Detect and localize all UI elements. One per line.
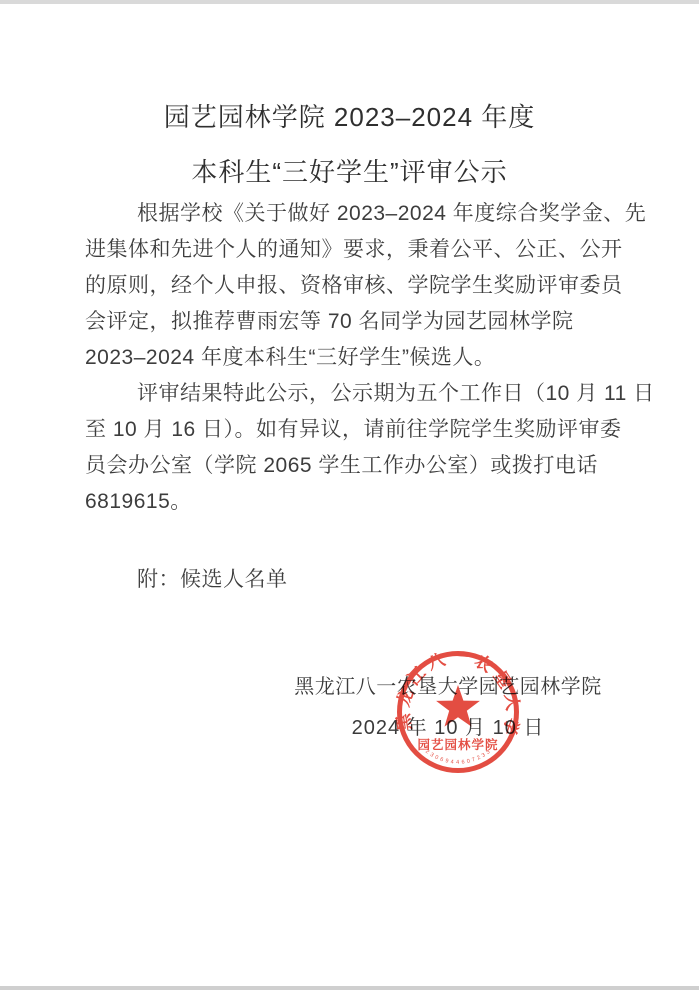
document-title-line1: 园艺园林学院 2023–2024 年度 xyxy=(0,97,699,134)
body-line: 进集体和先进个人的通知》要求，秉着公平、公正、公开 xyxy=(85,232,617,268)
body-line: 6819615。 xyxy=(85,484,617,520)
top-edge-divider xyxy=(0,0,699,4)
body-line: 评审结果特此公示，公示期为五个工作日（10 月 11 日 xyxy=(85,376,617,412)
signature-organization: 黑龙江八一农垦大学园艺园林学院 xyxy=(290,672,606,702)
document-title-line2: 本科生“三好学生”评审公示 xyxy=(0,152,699,189)
body-line: 根据学校《关于做好 2023–2024 年度综合奖学金、先 xyxy=(85,196,617,232)
seal-serial-number: 2306944607233 xyxy=(424,748,493,766)
signature-date: 2024 年 10 月 10 日 xyxy=(290,713,606,743)
body-line: 至 10 月 16 日）。如有异议，请前往学院学生奖励评审委 xyxy=(85,412,617,448)
body-line: 的原则，经个人申报、资格审核、学院学生奖励评审委员 xyxy=(85,268,617,304)
document-page: 园艺园林学院 2023–2024 年度 本科生“三好学生”评审公示 根据学校《关… xyxy=(0,0,699,990)
body-line: 会评定，拟推荐曹雨宏等 70 名同学为园艺园林学院 xyxy=(85,304,617,340)
document-body: 根据学校《关于做好 2023–2024 年度综合奖学金、先 进集体和先进个人的通… xyxy=(85,196,617,520)
attachment-note: 附：候选人名单 xyxy=(137,562,288,598)
body-line: 员会办公室（学院 2065 学生工作办公室）或拨打电话 xyxy=(85,448,617,484)
signature-block: 黑龙江八一农垦大学园艺园林学院 2024 年 10 月 10 日 xyxy=(290,672,606,743)
bottom-edge-divider xyxy=(0,986,699,990)
body-line: 2023–2024 年度本科生“三好学生”候选人。 xyxy=(85,340,617,376)
svg-text:2306944607233: 2306944607233 xyxy=(424,748,493,766)
